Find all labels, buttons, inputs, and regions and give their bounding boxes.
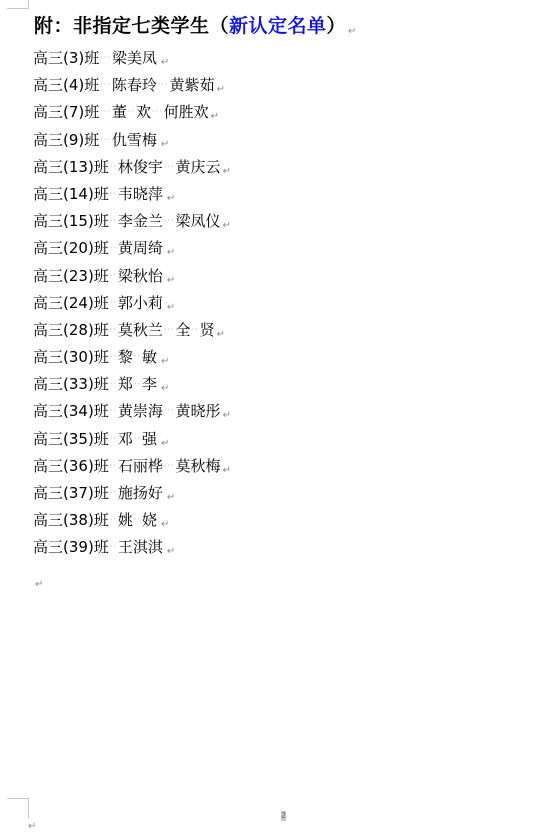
separator-dots: ···	[100, 53, 111, 62]
paragraph-mark-icon: ↵	[217, 329, 225, 340]
class-label: 高三(30)班	[33, 348, 109, 366]
class-label: 高三(36)班	[33, 457, 109, 475]
paragraph-mark-icon: ↵	[161, 519, 169, 530]
student-name: 黄晓彤	[176, 402, 221, 420]
separator-dots: ··	[110, 189, 117, 198]
separator-dots: ··	[110, 243, 117, 252]
separator-dots: ···	[164, 216, 175, 225]
student-name: 黄紫茹	[170, 76, 215, 94]
class-label: 高三(15)班	[33, 212, 109, 230]
class-label: 高三(33)班	[33, 375, 109, 393]
student-name: 李金兰	[118, 212, 163, 230]
paragraph-mark-icon: ↵	[167, 302, 175, 313]
separator-dots: ··	[134, 515, 141, 524]
paragraph-mark-icon: ↵	[161, 438, 169, 449]
student-name: 韦晓萍	[118, 185, 163, 203]
class-label: 高三(24)班	[33, 294, 109, 312]
paragraph-mark-icon: ↵	[223, 220, 231, 231]
separator-dots: ··	[134, 352, 141, 361]
student-name: 黎··敏	[118, 348, 157, 366]
paragraph-mark-icon: ↵	[167, 247, 175, 258]
list-item[interactable]: 高三(34)班··黄崇海···黄晓彤↵	[33, 401, 231, 428]
class-label: 高三(35)班	[33, 430, 109, 448]
separator-dots: ··	[110, 434, 117, 443]
class-label: 高三(38)班	[33, 511, 109, 529]
separator-dots: ···	[164, 162, 175, 171]
student-name: 全··贤	[176, 321, 215, 339]
footer-paragraph[interactable]: ↵	[26, 812, 36, 832]
list-item[interactable]: 高三(13)班··林俊宇···黄庆云↵	[33, 157, 231, 184]
student-name: 邓··强	[118, 430, 157, 448]
list-item[interactable]: 高三(14)班··韦晓萍↵	[33, 184, 231, 211]
separator-dots: ··	[110, 379, 117, 388]
student-name: 梁美凤	[112, 49, 157, 67]
page-number-field[interactable]: 2	[281, 811, 286, 821]
paragraph-mark-icon: ↵	[161, 356, 169, 367]
student-name: 莫秋兰	[118, 321, 163, 339]
list-item[interactable]: 高三(7)班···董··欢···何胜欢↵	[33, 102, 231, 129]
paragraph-mark-icon: ↵	[28, 821, 36, 832]
class-label: 高三(20)班	[33, 239, 109, 257]
separator-dots: ···	[164, 461, 175, 470]
class-label: 高三(28)班	[33, 321, 109, 339]
list-item[interactable]: 高三(38)班··姚··娆↵	[33, 510, 231, 537]
title-highlight: 新认定名单	[229, 15, 327, 37]
list-item[interactable]: 高三(28)班··莫秋兰···全··贤↵	[33, 320, 231, 347]
list-item[interactable]: 高三(4)班···陈春玲···黄紫茹↵	[33, 75, 231, 102]
paragraph-mark-icon: ↵	[167, 546, 175, 557]
class-label: 高三(4)班	[33, 76, 99, 94]
list-item[interactable]: 高三(3)班···梁美凤↵	[33, 48, 231, 75]
paragraph-mark-icon: ↵	[348, 26, 357, 37]
separator-dots: ··	[110, 216, 117, 225]
separator-dots: ··	[192, 325, 199, 334]
list-item[interactable]: 高三(15)班··李金兰···梁凤仪↵	[33, 211, 231, 238]
paragraph-mark-icon: ↵	[223, 166, 231, 177]
document-title[interactable]: 附：非指定七类学生（新认定名单）↵	[34, 13, 357, 45]
student-name: 姚··娆	[118, 511, 157, 529]
student-name: 黄庆云	[176, 158, 221, 176]
student-name: 黄周绮	[118, 239, 163, 257]
list-item[interactable]: 高三(36)班··石丽桦···莫秋梅↵	[33, 456, 231, 483]
class-label: 高三(3)班	[33, 49, 99, 67]
student-name: 郭小莉	[118, 294, 163, 312]
class-label: 高三(23)班	[33, 267, 109, 285]
separator-dots: ··	[110, 488, 117, 497]
paragraph-mark-icon: ↵	[161, 139, 169, 150]
separator-dots: ··	[110, 162, 117, 171]
paragraph-mark-icon: ↵	[211, 111, 219, 122]
list-item[interactable]: 高三(23)班··梁秋怡↵	[33, 266, 231, 293]
empty-paragraph[interactable]: ↵	[33, 570, 43, 590]
class-label: 高三(14)班	[33, 185, 109, 203]
list-item[interactable]: 高三(39)班··王淇淇↵	[33, 537, 231, 564]
class-label: 高三(13)班	[33, 158, 109, 176]
separator-dots: ···	[158, 80, 169, 89]
list-item[interactable]: 高三(37)班··施扬好↵	[33, 483, 231, 510]
page-margin-corner-top-left	[7, 0, 29, 9]
list-item[interactable]: 高三(33)班··郑··李↵	[33, 374, 231, 401]
paragraph-mark-icon: ↵	[167, 492, 175, 503]
class-label: 高三(7)班	[33, 103, 99, 121]
separator-dots: ··	[110, 406, 117, 415]
paragraph-mark-icon: ↵	[161, 383, 169, 394]
separator-dots: ··	[110, 298, 117, 307]
student-name: 施扬好	[118, 484, 163, 502]
list-item[interactable]: 高三(35)班··邓··强↵	[33, 429, 231, 456]
separator-dots: ··	[110, 461, 117, 470]
paragraph-mark-icon: ↵	[167, 275, 175, 286]
paragraph-mark-icon: ↵	[35, 579, 43, 590]
title-suffix: ）	[327, 15, 347, 37]
student-name: 陈春玲	[112, 76, 157, 94]
separator-dots: ··	[110, 325, 117, 334]
separator-dots: ··	[134, 379, 141, 388]
separator-dots: ··	[110, 271, 117, 280]
separator-dots: ···	[164, 325, 175, 334]
separator-dots: ···	[100, 135, 111, 144]
separator-dots: ··	[128, 107, 135, 116]
paragraph-mark-icon: ↵	[167, 193, 175, 204]
class-label: 高三(39)班	[33, 538, 109, 556]
paragraph-mark-icon: ↵	[223, 465, 231, 476]
student-name: 莫秋梅	[176, 457, 221, 475]
student-name: 黄崇海	[118, 402, 163, 420]
separator-dots: ··	[110, 515, 117, 524]
class-label: 高三(34)班	[33, 402, 109, 420]
student-name: 石丽桦	[118, 457, 163, 475]
student-name: 林俊宇	[118, 158, 163, 176]
list-item[interactable]: 高三(9)班···仇雪梅↵	[33, 130, 231, 157]
student-list: 高三(3)班···梁美凤↵高三(4)班···陈春玲···黄紫茹↵高三(7)班··…	[33, 48, 231, 565]
paragraph-mark-icon: ↵	[223, 410, 231, 421]
separator-dots: ···	[100, 80, 111, 89]
separator-dots: ··	[110, 352, 117, 361]
student-name: 梁秋怡	[118, 267, 163, 285]
student-name: 仇雪梅	[112, 131, 157, 149]
list-item[interactable]: 高三(20)班··黄周绮↵	[33, 238, 231, 265]
class-label: 高三(37)班	[33, 484, 109, 502]
title-prefix: 附：非指定七类学生（	[34, 15, 229, 37]
separator-dots: ··	[134, 434, 141, 443]
student-name: 郑··李	[118, 375, 157, 393]
list-item[interactable]: 高三(24)班··郭小莉↵	[33, 293, 231, 320]
separator-dots: ··	[110, 542, 117, 551]
student-name: 王淇淇	[118, 538, 163, 556]
student-name: 董··欢	[112, 103, 151, 121]
separator-dots: ···	[100, 107, 111, 116]
list-item[interactable]: 高三(30)班··黎··敏↵	[33, 347, 231, 374]
student-name: 梁凤仪	[176, 212, 221, 230]
class-label: 高三(9)班	[33, 131, 99, 149]
paragraph-mark-icon: ↵	[161, 57, 169, 68]
paragraph-mark-icon: ↵	[217, 84, 225, 95]
separator-dots: ···	[164, 406, 175, 415]
separator-dots: ···	[152, 107, 163, 116]
student-name: 何胜欢	[164, 103, 209, 121]
